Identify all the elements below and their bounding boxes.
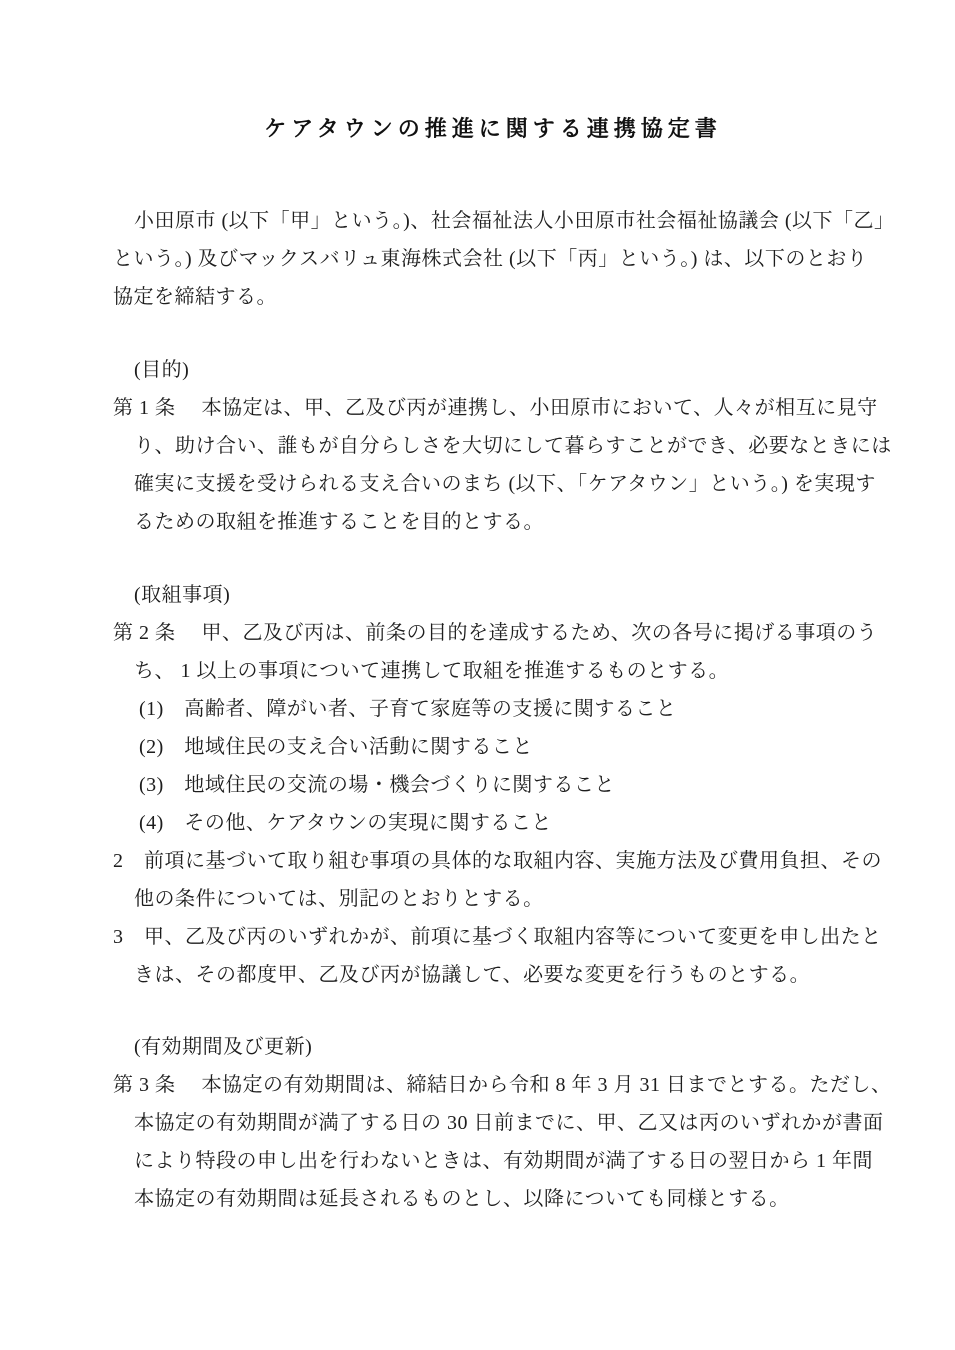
preamble-line: 小田原市 (以下「甲」という。)、社会福祉法人小田原市社会福祉協議会 (以下「乙…: [113, 202, 873, 240]
section-validity-heading: (有効期間及び更新): [113, 1028, 873, 1066]
article-2-clause-2-line: 他の条件については、別記のとおりとする。: [113, 880, 873, 918]
article-2-clause-2-line: 2 前項に基づいて取り組む事項の具体的な取組内容、実施方法及び費用負担、その: [113, 842, 873, 880]
preamble-line: という。) 及びマックスバリュ東海株式会社 (以下「丙」という。) は、以下のと…: [113, 240, 873, 278]
preamble-paragraph: 小田原市 (以下「甲」という。)、社会福祉法人小田原市社会福祉協議会 (以下「乙…: [113, 202, 873, 316]
article-2-clause-3-line: 3 甲、乙及び丙のいずれかが、前項に基づく取組内容等について変更を申し出たと: [113, 918, 873, 956]
article-1-line: 確実に支援を受けられる支え合いのまち (以下、「ケアタウン」という。) を実現す: [113, 465, 873, 503]
article-1-line: り、助け合い、誰もが自分らしさを大切にして暮らすことができ、必要なときには: [113, 427, 873, 465]
article-1-line: るための取組を推進することを目的とする。: [113, 503, 873, 541]
article-1-line: 第 1 条 本協定は、甲、乙及び丙が連携し、小田原市において、人々が相互に見守: [113, 389, 873, 427]
article-2-clause-3-line: きは、その都度甲、乙及び丙が協議して、必要な変更を行うものとする。: [113, 956, 873, 994]
article-2-item: (4) その他、ケアタウンの実現に関すること: [113, 804, 873, 842]
section-validity: (有効期間及び更新) 第 3 条 本協定の有効期間は、締結日から令和 8 年 3…: [113, 1028, 873, 1218]
section-purpose-heading: (目的): [113, 351, 873, 389]
article-3-line: 本協定の有効期間は延長されるものとし、以降についても同様とする。: [113, 1180, 873, 1218]
article-3-line: 本協定の有効期間が満了する日の 30 日前までに、甲、乙又は丙のいずれかが書面: [113, 1104, 873, 1142]
preamble-line: 協定を締結する。: [113, 278, 873, 316]
article-3-line: により特段の申し出を行わないときは、有効期間が満了する日の翌日から 1 年間: [113, 1142, 873, 1180]
section-initiatives: (取組事項) 第 2 条 甲、乙及び丙は、前条の目的を達成するため、次の各号に掲…: [113, 576, 873, 994]
article-3-line: 第 3 条 本協定の有効期間は、締結日から令和 8 年 3 月 31 日までとす…: [113, 1066, 873, 1104]
article-2-line: ち、 1 以上の事項について連携して取組を推進するものとする。: [113, 652, 873, 690]
document-body: ケアタウンの推進に関する連携協定書 小田原市 (以下「甲」という。)、社会福祉法…: [113, 0, 873, 1218]
article-2-item: (1) 高齢者、障がい者、子育て家庭等の支援に関すること: [113, 690, 873, 728]
section-initiatives-heading: (取組事項): [113, 576, 873, 614]
article-2-line: 第 2 条 甲、乙及び丙は、前条の目的を達成するため、次の各号に掲げる事項のう: [113, 614, 873, 652]
section-purpose: (目的) 第 1 条 本協定は、甲、乙及び丙が連携し、小田原市において、人々が相…: [113, 351, 873, 541]
document-page: ケアタウンの推進に関する連携協定書 小田原市 (以下「甲」という。)、社会福祉法…: [0, 0, 955, 1350]
article-2-item: (2) 地域住民の支え合い活動に関すること: [113, 728, 873, 766]
article-2-item: (3) 地域住民の交流の場・機会づくりに関すること: [113, 766, 873, 804]
document-title: ケアタウンの推進に関する連携協定書: [113, 112, 873, 146]
